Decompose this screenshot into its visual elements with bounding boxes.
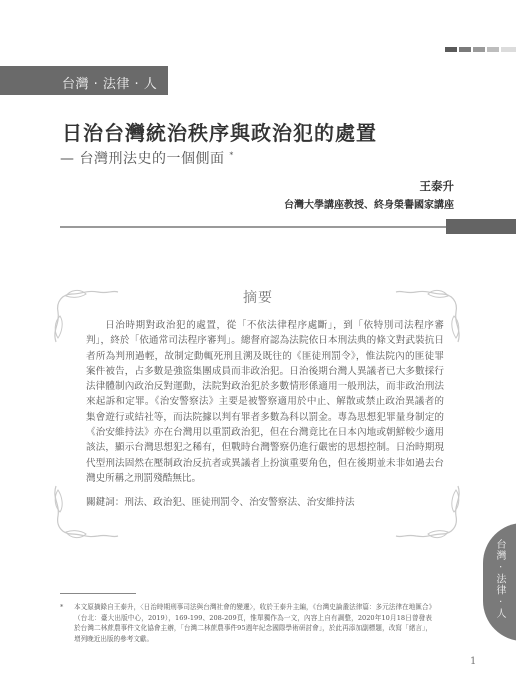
progress-block-2 xyxy=(459,47,471,52)
footnote-mark[interactable]: * xyxy=(229,150,234,159)
footnote-divider xyxy=(60,593,136,594)
side-tab-label: 台灣 · 法律 · 人 xyxy=(494,539,506,619)
progress-indicator xyxy=(445,47,516,52)
article-subtitle: — 台灣刑法史的一個側面 * xyxy=(60,148,234,168)
ornament-bottom-right-icon xyxy=(392,482,462,542)
footnote: * 本文原摘錄自王泰升，〈日治時期刑事司法與台灣社會的變遷〉，收於王泰升主編，《… xyxy=(60,602,432,644)
divider-line xyxy=(60,226,446,228)
progress-block-1 xyxy=(445,47,457,52)
progress-block-5 xyxy=(501,47,516,52)
abstract-heading: 摘要 xyxy=(0,287,516,307)
divider-block xyxy=(446,219,516,234)
progress-block-4 xyxy=(487,47,499,52)
ornament-bottom-left-icon xyxy=(52,482,122,542)
article-title: 日治台灣統治秩序與政治犯的處置 xyxy=(62,117,377,146)
author-affiliation: 台灣大學講座教授、終身榮譽國家講座 xyxy=(284,196,454,211)
footnote-marker: * xyxy=(60,602,74,644)
side-section-tab: 台灣 · 法律 · 人 xyxy=(483,523,516,641)
section-banner: 台灣 · 法律 · 人 xyxy=(0,66,168,95)
subtitle-text: — 台灣刑法史的一個側面 xyxy=(60,151,224,167)
progress-block-3 xyxy=(473,47,485,52)
keywords: 關鍵詞：刑法、政治犯、匪徒刑罰令、治安警察法、治安維持法 xyxy=(86,494,355,508)
section-label: 台灣 · 法律 · 人 xyxy=(62,73,157,92)
abstract-body: 日治時期對政治犯的處置，從「不依法律程序處斷」，到「依特別司法程序審判」，終於「… xyxy=(86,318,444,486)
page-number: 1 xyxy=(470,656,476,667)
footnote-text: 本文原摘錄自王泰升，〈日治時期刑事司法與台灣社會的變遷〉，收於王泰升主編，《台灣… xyxy=(74,602,432,644)
author-name: 王泰升 xyxy=(420,178,455,194)
